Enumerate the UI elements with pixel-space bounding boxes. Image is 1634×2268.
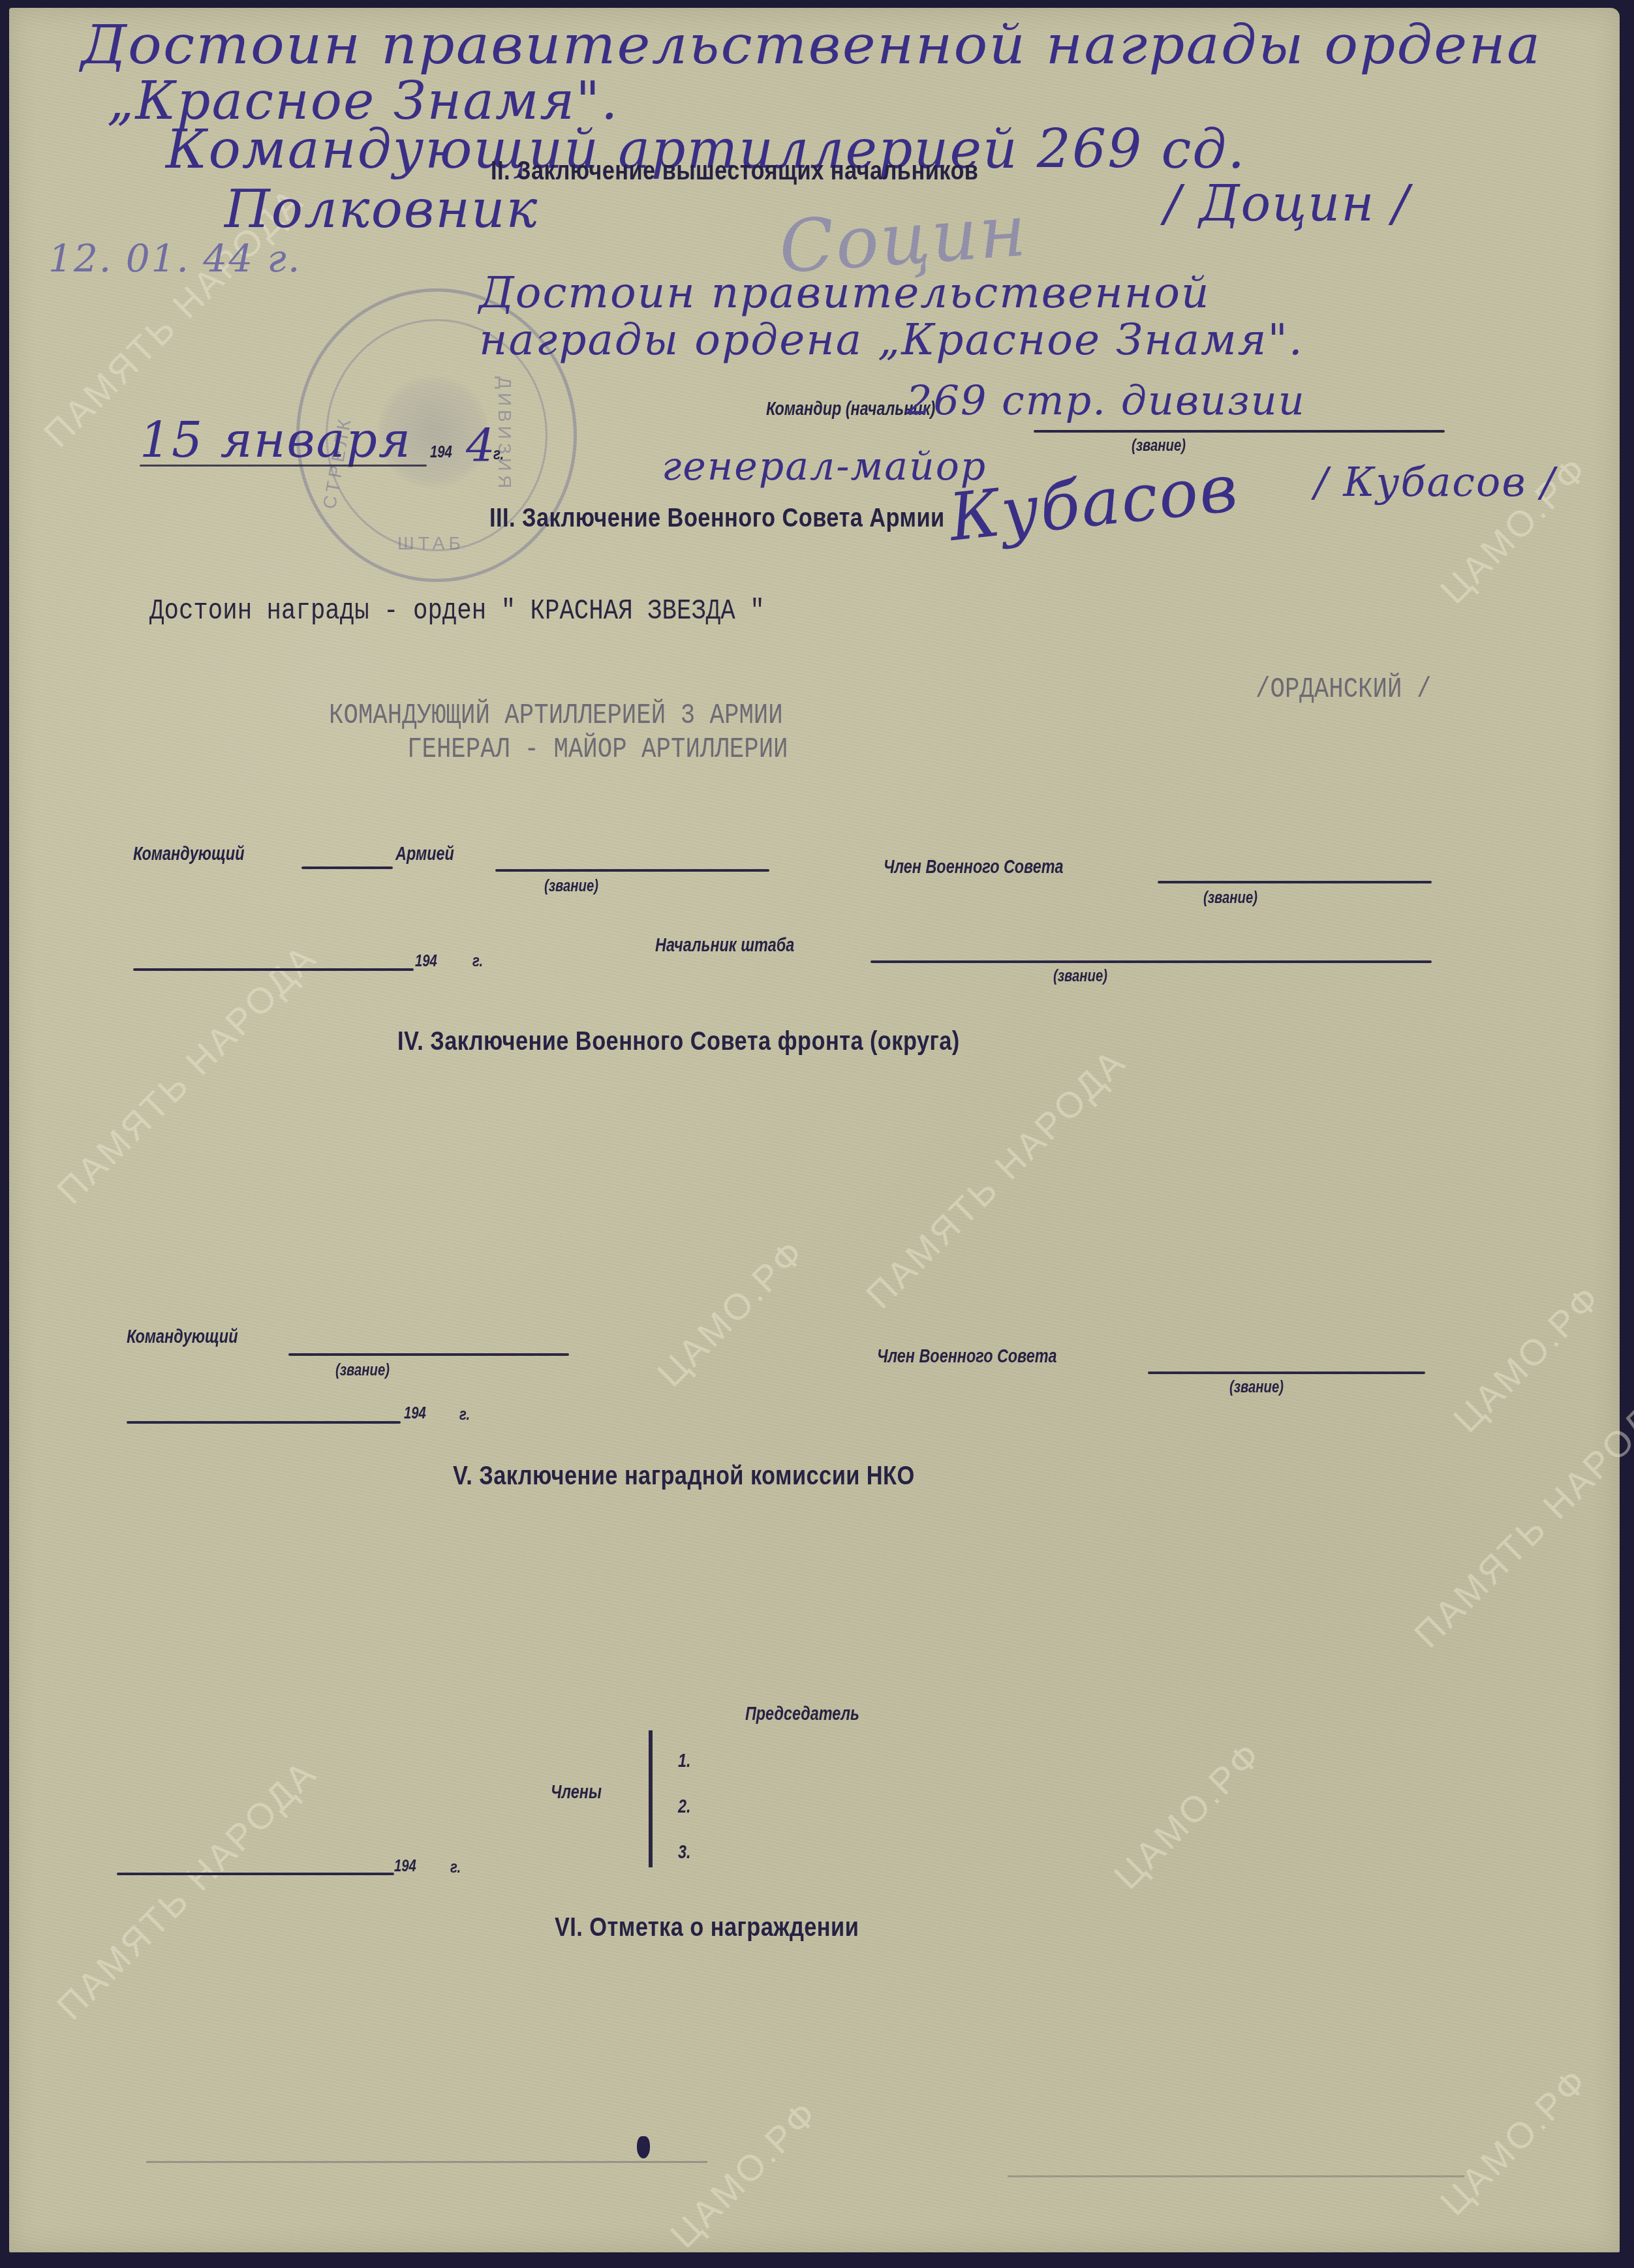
member-number: 2. bbox=[678, 1796, 691, 1818]
section-3-heading: III. Заключение Военного Совета Армии bbox=[489, 504, 945, 533]
watermark: ПАМЯТЬ НАРОДА bbox=[48, 936, 325, 1212]
section-4-heading: IV. Заключение Военного Совета фронта (о… bbox=[397, 1027, 960, 1056]
rank-caption: (звание) bbox=[335, 1360, 390, 1380]
stamp-text: ДИВИЗИЯ bbox=[494, 376, 515, 492]
date-line bbox=[140, 465, 427, 467]
commander-unit: 269 стр. дивизии bbox=[906, 376, 1306, 424]
army-commander-rank-line bbox=[495, 869, 769, 872]
rank-caption: (звание) bbox=[1053, 966, 1107, 986]
members-label: Члены bbox=[551, 1781, 602, 1803]
rank-caption: (звание) bbox=[1203, 887, 1257, 908]
front-commander-rank-line bbox=[288, 1353, 569, 1356]
stamp-text: ШТАБ bbox=[397, 533, 465, 554]
member-number: 1. bbox=[678, 1750, 691, 1772]
army-number-line bbox=[301, 866, 393, 869]
watermark: ЦАМО.РФ bbox=[1432, 2059, 1596, 2224]
year-suffix: 4 bbox=[466, 419, 497, 472]
commander-unit-line bbox=[1034, 430, 1445, 433]
council-member-rank-line bbox=[1158, 881, 1432, 883]
front-council-member-rank-line bbox=[1148, 1372, 1425, 1374]
section-2-heading: II. Заключение вышестоящих начальников bbox=[491, 157, 978, 186]
front-council-member-label: Член Военного Совета bbox=[877, 1345, 1057, 1368]
watermark: ПАМЯТЬ НАРОДА bbox=[857, 1040, 1134, 1317]
date-line bbox=[133, 968, 414, 971]
chairman-label: Председатель bbox=[745, 1703, 859, 1725]
member-number: 3. bbox=[678, 1841, 691, 1863]
watermark: ПАМЯТЬ НАРОДА bbox=[48, 1751, 325, 2028]
year-prefix: 194 bbox=[404, 1403, 426, 1423]
army-commander-label: Командующий bbox=[133, 843, 244, 865]
document-page: ПАМЯТЬ НАРОДА ЦАМО.РФ ПАМЯТЬ НАРОДА ЦАМО… bbox=[9, 8, 1620, 2252]
handwritten-conclusion-line2: награды ордена „Красное Знамя". bbox=[479, 314, 1304, 365]
date-line bbox=[127, 1421, 401, 1424]
rank-caption: (звание) bbox=[1132, 435, 1186, 455]
typed-signer-name: /ОРДАНСКИЙ / bbox=[1256, 673, 1431, 706]
commander-name: / Кубасов / bbox=[1314, 458, 1556, 506]
bleed-through-line bbox=[1008, 2175, 1464, 2177]
typed-signer-position: КОМАНДУЮЩИЙ АРТИЛЛЕРИЕЙ 3 АРМИИ bbox=[329, 699, 783, 732]
army-label: Армией bbox=[395, 843, 454, 865]
rank-caption: (звание) bbox=[544, 876, 598, 896]
council-member-label: Член Военного Совета bbox=[884, 856, 1064, 878]
watermark: ЦАМО.РФ bbox=[1445, 1276, 1609, 1441]
section-6-heading: VI. Отметка о награждении bbox=[555, 1913, 859, 1942]
section-5-heading: V. Заключение наградной комиссии НКО bbox=[453, 1462, 915, 1491]
year-g: г. bbox=[459, 1404, 470, 1424]
handwritten-conclusion-line1: Достоин правительственной bbox=[479, 268, 1210, 318]
year-g: г. bbox=[450, 1857, 461, 1877]
front-commander-label: Командующий bbox=[127, 1326, 238, 1348]
chief-of-staff-rank-line bbox=[871, 960, 1432, 963]
date-line bbox=[117, 1873, 394, 1875]
signing-date: 15 января bbox=[140, 412, 412, 468]
watermark: ЦАМО.РФ bbox=[662, 2092, 826, 2256]
watermark: ЦАМО.РФ bbox=[1105, 1733, 1270, 1897]
year-g: г. bbox=[493, 444, 504, 464]
year-prefix: 194 bbox=[415, 951, 437, 971]
chief-of-staff-label: Начальник штаба bbox=[655, 934, 794, 957]
handwritten-date: 12. 01. 44 г. bbox=[48, 236, 301, 281]
handwritten-author-rank: Полковник bbox=[224, 179, 538, 239]
typed-award-decision: Достоин награды - орден " КРАСНАЯ ЗВЕЗДА… bbox=[149, 595, 765, 628]
bleed-through-line bbox=[146, 2161, 707, 2163]
members-bracket bbox=[649, 1730, 653, 1867]
watermark: ПАМЯТЬ НАРОДА bbox=[1406, 1379, 1634, 1656]
handwritten-recommendation: Достоин правительственной награды ордена bbox=[81, 14, 1541, 76]
typed-signer-rank: ГЕНЕРАЛ - МАЙОР АРТИЛЛЕРИИ bbox=[407, 733, 788, 766]
handwritten-author-name: / Доцин / bbox=[1164, 174, 1410, 232]
year-prefix: 194 bbox=[394, 1856, 416, 1876]
commander-signature: Кубасов bbox=[946, 450, 1242, 556]
year-g: г. bbox=[472, 951, 483, 971]
commander-rank: генерал-майор bbox=[662, 444, 987, 489]
year-prefix: 194 bbox=[430, 442, 452, 462]
watermark: ЦАМО.РФ bbox=[649, 1231, 813, 1395]
rank-caption: (звание) bbox=[1229, 1377, 1284, 1397]
ink-smudge bbox=[637, 2136, 650, 2158]
